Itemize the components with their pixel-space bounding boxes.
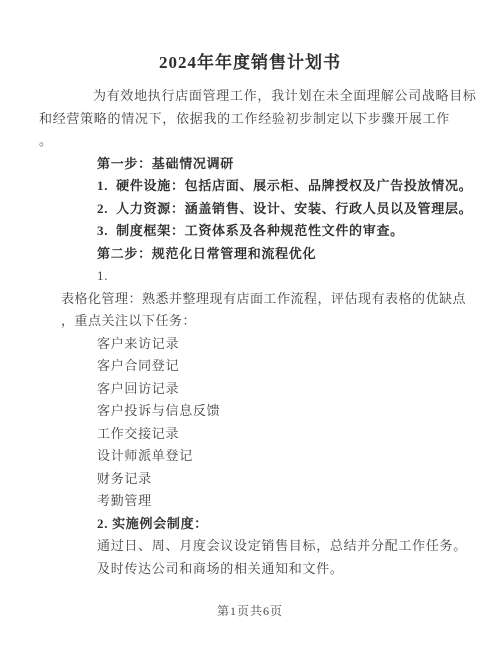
step2-item1-line: ，重点关注以下任务： [61, 310, 470, 333]
item-number: 1. [97, 178, 108, 193]
step1-item-2: 2.人力资源：涵盖销售、设计、安装、行政人员以及管理层。 [97, 198, 470, 221]
page-footer: 第1页共6页 [0, 602, 500, 619]
step1-item-3: 3.制度框架：工资体系及各种规范性文件的审查。 [97, 220, 470, 243]
step1-heading: 第一步：基础情况调研 [97, 153, 470, 176]
step2-item1-number: 1. [97, 265, 470, 288]
intro-line: 和经营策略的情况下，依据我的工作经验初步制定以下步骤开展工作 [39, 108, 470, 131]
step2-item2-heading: 2. 实施例会制度： [97, 513, 470, 536]
item-number: 3. [97, 223, 108, 238]
document-body: 为有效地执行店面管理工作，我计划在未全面理解公司战略目标 和经营策略的情况下，依… [39, 85, 470, 580]
step2-item2-line: 通过日、周、月度会议设定销售目标，总结并分配工作任务。 [97, 535, 470, 558]
intro-line: 。 [39, 130, 470, 153]
document-title: 2024年年度销售计划书 [0, 48, 500, 73]
step2-item2-line: 及时传达公司和商场的相关通知和文件。 [97, 558, 470, 581]
task-item: 工作交接记录 [97, 423, 470, 446]
item-number: 2. [97, 201, 108, 216]
task-item: 客户回访记录 [97, 378, 470, 401]
task-item: 财务记录 [97, 468, 470, 491]
item-text: 硬件设施：包括店面、展示柜、品牌授权及广告投放情况。 [116, 178, 472, 193]
task-item: 客户投诉与信息反馈 [97, 400, 470, 423]
item-text: 制度框架：工资体系及各种规范性文件的审查。 [116, 223, 404, 238]
step2-item1-line: 表格化管理：熟悉并整理现有店面工作流程，评估现有表格的优缺点 [61, 288, 470, 311]
step2-heading: 第二步：规范化日常管理和流程优化 [97, 243, 470, 266]
task-item: 设计师派单登记 [97, 445, 470, 468]
step1-item-1: 1.硬件设施：包括店面、展示柜、品牌授权及广告投放情况。 [97, 175, 470, 198]
task-item: 客户合同登记 [97, 355, 470, 378]
intro-line: 为有效地执行店面管理工作，我计划在未全面理解公司战略目标 [39, 85, 470, 108]
task-item: 客户来访记录 [97, 333, 470, 356]
item-text: 人力资源：涵盖销售、设计、安装、行政人员以及管理层。 [116, 201, 472, 216]
document-page: 2024年年度销售计划书 为有效地执行店面管理工作，我计划在未全面理解公司战略目… [0, 0, 500, 647]
task-item: 考勤管理 [97, 490, 470, 513]
